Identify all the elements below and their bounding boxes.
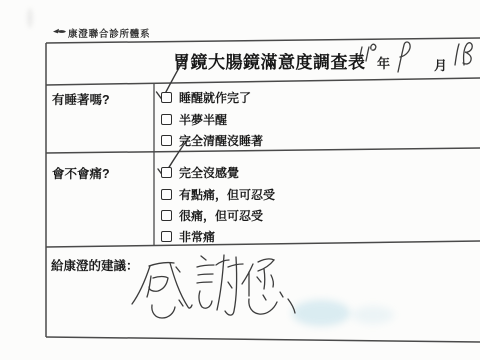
option-label: 很痛，但可忍受 [179, 207, 263, 224]
suggestion-label: 給康澄的建議： [51, 256, 139, 274]
blue-ink-smudge [352, 306, 394, 324]
option-label: 有點痛，但可忍受 [179, 186, 275, 203]
option-label: 半夢半醒 [179, 111, 227, 128]
checkbox-slight-pain[interactable] [161, 189, 172, 200]
blue-ink-smudge [292, 300, 350, 326]
swoosh-arrow-icon [53, 28, 66, 36]
option-label: 完全沒感覺 [179, 164, 239, 181]
question-sleep-label: 有睡著嗎? [52, 90, 110, 108]
question-pain-label: 會不會痛? [52, 164, 110, 182]
option-row: 半夢半醒 [161, 111, 227, 128]
option-row: 完全沒感覺 [161, 164, 239, 181]
option-row: 完全清醒沒睡著 [161, 132, 263, 149]
month-unit-label: 月 [434, 55, 447, 74]
option-row: 很痛，但可忍受 [161, 207, 263, 224]
option-label: 睡醒就作完了 [179, 89, 251, 106]
scan-smudge [27, 8, 33, 28]
option-row: 睡醒就作完了 [161, 89, 251, 106]
checkbox-no-feeling[interactable] [161, 167, 172, 178]
checkbox-extreme-pain[interactable] [161, 231, 172, 242]
option-row: 非常痛 [161, 228, 215, 245]
year-unit-label: 年 [377, 53, 390, 72]
handwritten-month [398, 42, 410, 72]
checkbox-woke-up-done[interactable] [161, 92, 172, 103]
checkbox-fully-awake[interactable] [161, 135, 172, 146]
option-label: 非常痛 [179, 228, 215, 245]
checkbox-half-asleep[interactable] [161, 114, 172, 125]
clinic-brand-name: 康澄聯合診所體系 [68, 26, 150, 40]
handwritten-day [455, 43, 472, 65]
option-row: 有點痛，但可忍受 [161, 186, 275, 203]
checkbox-very-pain-bearable[interactable] [161, 210, 172, 221]
scanned-survey-form: 康澄聯合診所體系 [0, 0, 480, 360]
handwritten-suggestion [132, 255, 295, 318]
option-label: 完全清醒沒睡著 [179, 132, 263, 149]
form-title: 胃鏡大腸鏡滿意度調查表 [173, 48, 366, 73]
